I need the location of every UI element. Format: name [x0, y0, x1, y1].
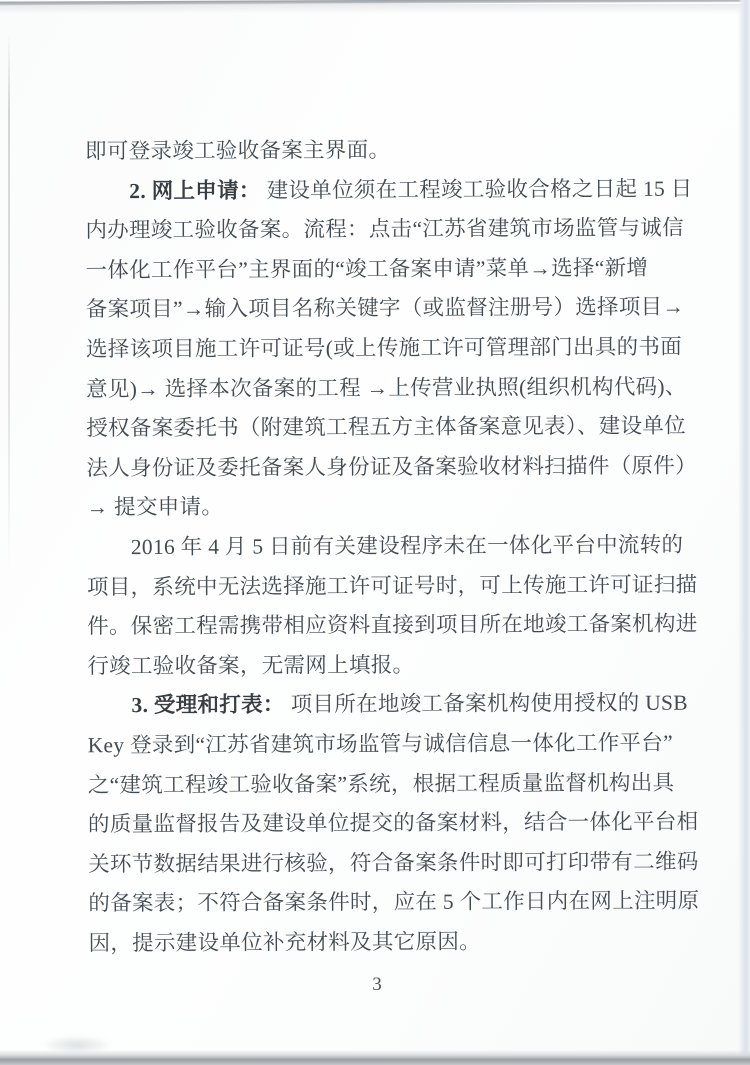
document-body: 即可登录竣工验收备案主界面。 2. 网上申请：建设单位须在工程竣工验收合格之日起…	[85, 130, 673, 964]
line-text: 的质量监督报告及建设单位提交的备案材料，结合一体化平台相	[88, 810, 699, 837]
text-line: 之“建筑工程竣工验收备案”系统，根据工程质量监督机构出具	[88, 763, 672, 805]
line-text: 2016 年 4 月 5 日前有关建设程序未在一体化平台中流转的	[131, 533, 684, 559]
text-line: 的质量监督报告及建设单位提交的备案材料，结合一体化平台相	[88, 803, 672, 845]
text-line: 的备案表；不符合备案条件时，应在 5 个工作日内在网上注明原	[88, 882, 672, 924]
text-line: 选择该项目施工许可证号(或上传施工许可管理部门出具的书面	[86, 328, 670, 370]
text-line: 备案项目”→输入项目名称关键字（或监督注册号）选择项目→	[86, 288, 670, 330]
scanned-document-page: 即可登录竣工验收备案主界面。 2. 网上申请：建设单位须在工程竣工验收合格之日起…	[0, 0, 750, 1065]
line-text: 件。保密工程需携带相应资料直接到项目所在地竣工备案机构进	[87, 612, 698, 639]
text-line: 行竣工验收备案，无需网上填报。	[87, 644, 671, 686]
text-line: 项目，系统中无法选择施工许可证号时，可上传施工许可证扫描	[87, 565, 671, 607]
scan-edge-bottom	[0, 1050, 750, 1065]
line-text: 行竣工验收备案，无需网上填报。	[87, 653, 414, 678]
line-text: 授权备案委托书（附建筑工程五方主体备案意见表）、建设单位	[86, 414, 686, 441]
text-line: 一体化工作平台”主界面的“竣工备案申请”菜单→选择“新增	[86, 249, 670, 291]
line-text: 项目所在地竣工备案机构使用授权的 USB	[291, 691, 688, 717]
text-line: 即可登录竣工验收备案主界面。	[85, 130, 669, 172]
text-line: 因，提示建设单位补充材料及其它原因。	[88, 922, 672, 964]
text-line: 件。保密工程需携带相应资料直接到项目所在地竣工备案机构进	[87, 605, 671, 647]
line-text: 选择该项目施工许可证号(或上传施工许可管理部门出具的书面	[86, 335, 682, 362]
line-text: 意见)→ 选择本次备案的工程 →上传营业执照(组织机构代码)、	[86, 374, 687, 401]
line-text: 法人身份证及委托备案人身份证及备案验收材料扫描件（原件）	[86, 453, 697, 480]
text-line: 意见)→ 选择本次备案的工程 →上传营业执照(组织机构代码)、	[86, 367, 670, 409]
line-text: 因，提示建设单位补充材料及其它原因。	[88, 929, 481, 955]
text-line: 2016 年 4 月 5 日前有关建设程序未在一体化平台中流转的	[87, 526, 671, 568]
page-edge-left	[8, 32, 10, 572]
text-line: 法人身份证及委托备案人身份证及备案验收材料扫描件（原件）	[86, 446, 670, 488]
line-text: Key 登录到“江苏省建筑市场监管与诚信信息一体化工作平台”	[88, 731, 673, 758]
text-line-section-2: 2. 网上申请：建设单位须在工程竣工验收合格之日起 15 日	[85, 169, 669, 211]
line-text: 一体化工作平台”主界面的“竣工备案申请”菜单→选择“新增	[86, 256, 649, 282]
line-text: 即可登录竣工验收备案主界面。	[85, 138, 390, 163]
line-text: 项目，系统中无法选择施工许可证号时，可上传施工许可证扫描	[87, 572, 698, 599]
line-text: 关环节数据结果进行核验，符合备案条件时即可打印带有二维码	[88, 849, 699, 876]
line-text: 之“建筑工程竣工验收备案”系统，根据工程质量监督机构出具	[88, 770, 675, 797]
line-text: 的备案表；不符合备案条件时，应在 5 个工作日内在网上注明原	[88, 889, 699, 916]
section-3-heading: 3. 受理和打表：	[131, 693, 290, 718]
text-line: 内办理竣工验收备案。流程：点击“江苏省建筑市场监管与诚信	[85, 209, 669, 251]
text-line: 授权备案委托书（附建筑工程五方主体备案意见表）、建设单位	[86, 407, 670, 449]
section-2-heading: 2. 网上申请：	[129, 178, 267, 203]
text-line-section-3: 3. 受理和打表：项目所在地竣工备案机构使用授权的 USB	[87, 684, 671, 726]
text-line: Key 登录到“江苏省建筑市场监管与诚信信息一体化工作平台”	[88, 724, 672, 766]
line-text: → 提交申请。	[87, 495, 224, 520]
scan-edge-right	[738, 0, 750, 1065]
page-number: 3	[85, 969, 669, 1001]
line-text: 内办理竣工验收备案。流程：点击“江苏省建筑市场监管与诚信	[85, 216, 684, 243]
scan-edge-top-shadow	[0, 4, 750, 14]
line-text: 建设单位须在工程竣工验收合格之日起 15 日	[267, 176, 693, 202]
text-line: 关环节数据结果进行核验，符合备案条件时即可打印带有二维码	[88, 842, 672, 884]
line-text: 备案项目”→输入项目名称关键字（或监督注册号）选择项目→	[86, 295, 685, 322]
text-line: → 提交申请。	[87, 486, 671, 528]
